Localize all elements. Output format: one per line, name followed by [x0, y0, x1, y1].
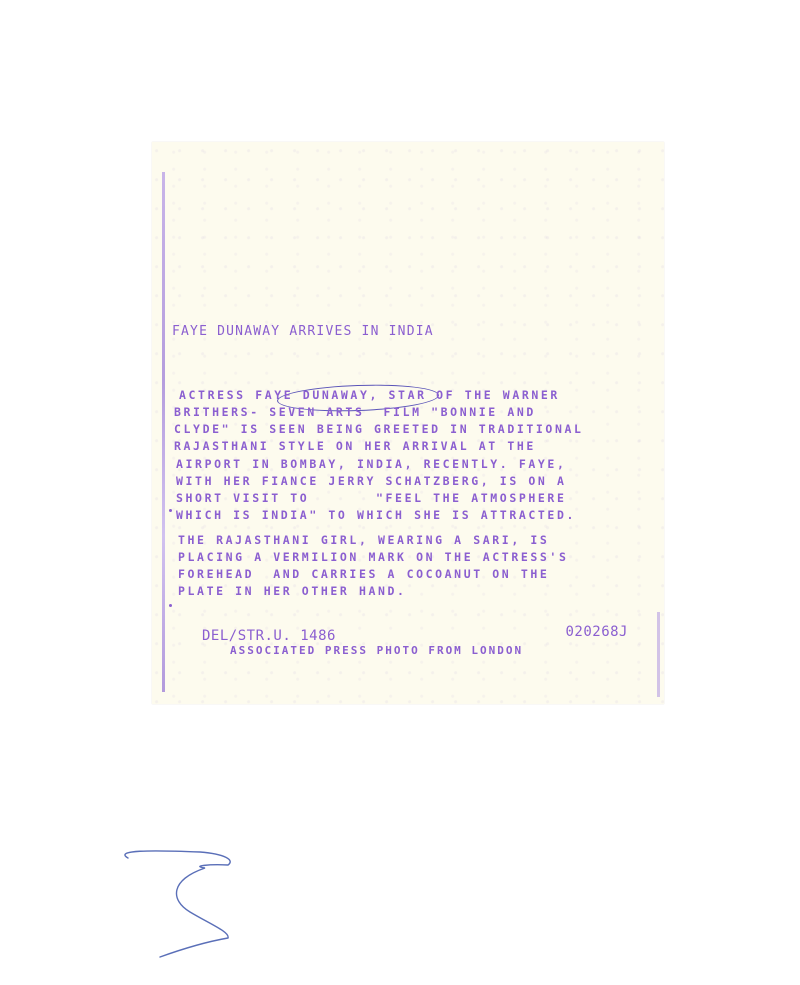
negative-number: 020268J: [565, 624, 628, 640]
caption-slip: FAYE DUNAWAY ARRIVES IN INDIA ACTRESS FA…: [152, 142, 664, 704]
body-line: WITH HER FIANCE JERRY SCHATZBERG, IS ON …: [176, 474, 566, 488]
body-line: BRITHERS- SEVEN ARTS FILM "BONNIE AND: [174, 405, 536, 419]
body-line: RAJASTHANI STYLE ON HER ARRIVAL AT THE: [174, 439, 536, 453]
body-line: THE RAJASTHANI GIRL, WEARING A SARI, IS: [178, 533, 549, 547]
credit-line: ASSOCIATED PRESS PHOTO FROM LONDON: [230, 644, 523, 657]
body-line: SHORT VISIT TO "FEEL THE ATMOSPHERE: [176, 491, 566, 505]
ink-dot: [169, 509, 172, 512]
body-line: AIRPORT IN BOMBAY, INDIA, RECENTLY. FAYE…: [176, 457, 566, 471]
headline: FAYE DUNAWAY ARRIVES IN INDIA: [172, 324, 434, 339]
reference-code: DEL/STR.U. 1486: [202, 628, 336, 644]
body-line: WHICH IS INDIA" TO WHICH SHE IS ATTRACTE…: [176, 508, 576, 522]
handwritten-3-mark: [110, 830, 260, 960]
body-line: FOREHEAD AND CARRIES A COCOANUT ON THE: [178, 567, 549, 581]
body-line: PLATE IN HER OTHER HAND.: [178, 584, 407, 598]
body-line: CLYDE" IS SEEN BEING GREETED IN TRADITIO…: [174, 422, 584, 436]
body-line: ACTRESS FAYE DUNAWAY, STAR OF THE WARNER: [179, 388, 560, 402]
ink-dot: [169, 604, 172, 607]
body-line: PLACING A VERMILION MARK ON THE ACTRESS'…: [178, 550, 568, 564]
